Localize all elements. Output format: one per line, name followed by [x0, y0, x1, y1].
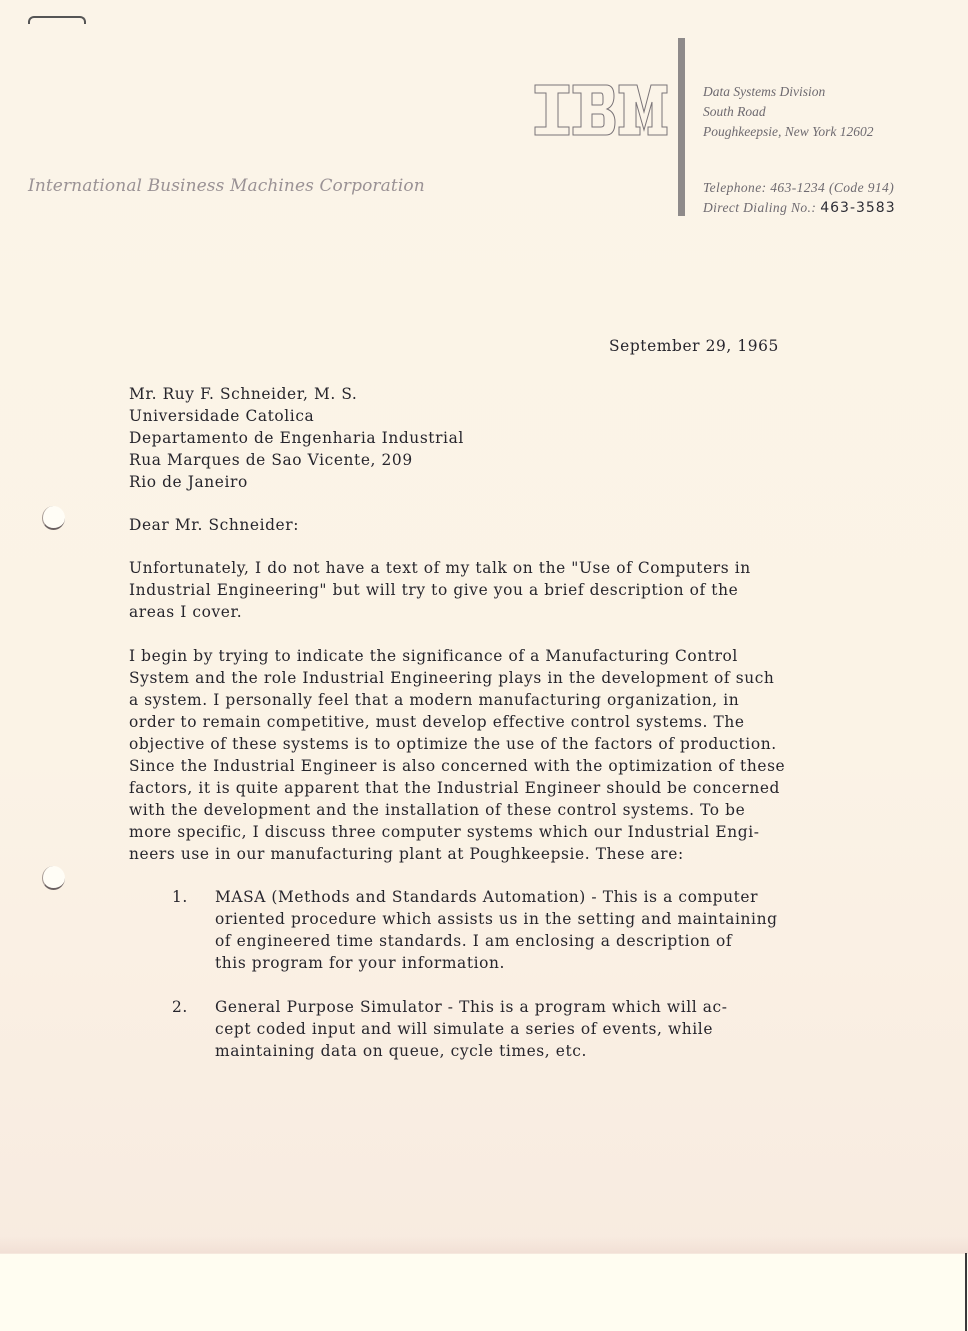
paragraph-line: order to remain competitive, must develo… — [129, 711, 785, 733]
paragraph-line: neers use in our manufacturing plant at … — [129, 843, 785, 865]
letter-page: International Business Machines Corporat… — [0, 0, 968, 1253]
paragraph-line: objective of these systems is to optimiz… — [129, 733, 785, 755]
paragraph-line: Industrial Engineering" but will try to … — [129, 579, 751, 601]
list-item: General Purpose Simulator - This is a pr… — [215, 996, 728, 1062]
paragraph: Unfortunately, I do not have a text of m… — [129, 557, 751, 623]
paragraph-line: factors, it is quite apparent that the I… — [129, 777, 785, 799]
list-item-line: General Purpose Simulator - This is a pr… — [215, 996, 728, 1018]
city-address: Poughkeepsie, New York 12602 — [703, 124, 873, 140]
list-item-line: this program for your information. — [215, 952, 778, 974]
corporation-name: International Business Machines Corporat… — [28, 176, 425, 196]
paragraph-line: more specific, I discuss three computer … — [129, 821, 785, 843]
recipient-line: Mr. Ruy F. Schneider, M. S. — [129, 383, 464, 405]
recipient-address: Mr. Ruy F. Schneider, M. S. Universidade… — [129, 383, 464, 493]
paragraph: I begin by trying to indicate the signif… — [129, 645, 785, 865]
list-item-line: of engineered time standards. I am enclo… — [215, 930, 778, 952]
direct-dialing-number: 463-3583 — [820, 200, 895, 216]
paragraph-line: with the development and the installatio… — [129, 799, 785, 821]
paragraph-line: Unfortunately, I do not have a text of m… — [129, 557, 751, 579]
direct-dialing: Direct Dialing No.:463-3583 — [703, 200, 896, 216]
recipient-line: Departamento de Engenharia Industrial — [129, 427, 464, 449]
paper-edge-shadow — [0, 1236, 968, 1254]
recipient-line: Rua Marques de Sao Vicente, 209 — [129, 449, 464, 471]
recipient-line: Rio de Janeiro — [129, 471, 464, 493]
punch-hole-icon — [42, 866, 65, 890]
list-item-line: oriented procedure which assists us in t… — [215, 908, 778, 930]
letterhead-divider — [678, 38, 685, 216]
paragraph-line: I begin by trying to indicate the signif… — [129, 645, 785, 667]
punch-hole-icon — [42, 506, 65, 530]
list-item-line: cept coded input and will simulate a ser… — [215, 1018, 728, 1040]
division-name: Data Systems Division — [703, 84, 825, 100]
direct-dialing-label: Direct Dialing No.: — [703, 200, 816, 215]
staple-mark-icon — [28, 16, 86, 24]
list-item-line: maintaining data on queue, cycle times, … — [215, 1040, 728, 1062]
list-item-line: MASA (Methods and Standards Automation) … — [215, 886, 778, 908]
ibm-logo-icon — [534, 84, 668, 136]
scan-edge — [965, 1253, 967, 1331]
street-address: South Road — [703, 104, 766, 120]
telephone: Telephone: 463-1234 (Code 914) — [703, 180, 894, 196]
recipient-line: Universidade Catolica — [129, 405, 464, 427]
list-item-number: 2. — [172, 996, 188, 1018]
paragraph-line: Since the Industrial Engineer is also co… — [129, 755, 785, 777]
paragraph-line: System and the role Industrial Engineeri… — [129, 667, 785, 689]
letter-date: September 29, 1965 — [609, 335, 779, 357]
paragraph-line: areas I cover. — [129, 601, 751, 623]
salutation: Dear Mr. Schneider: — [129, 514, 299, 536]
paragraph-line: a system. I personally feel that a moder… — [129, 689, 785, 711]
list-item: MASA (Methods and Standards Automation) … — [215, 886, 778, 974]
list-item-number: 1. — [172, 886, 188, 908]
